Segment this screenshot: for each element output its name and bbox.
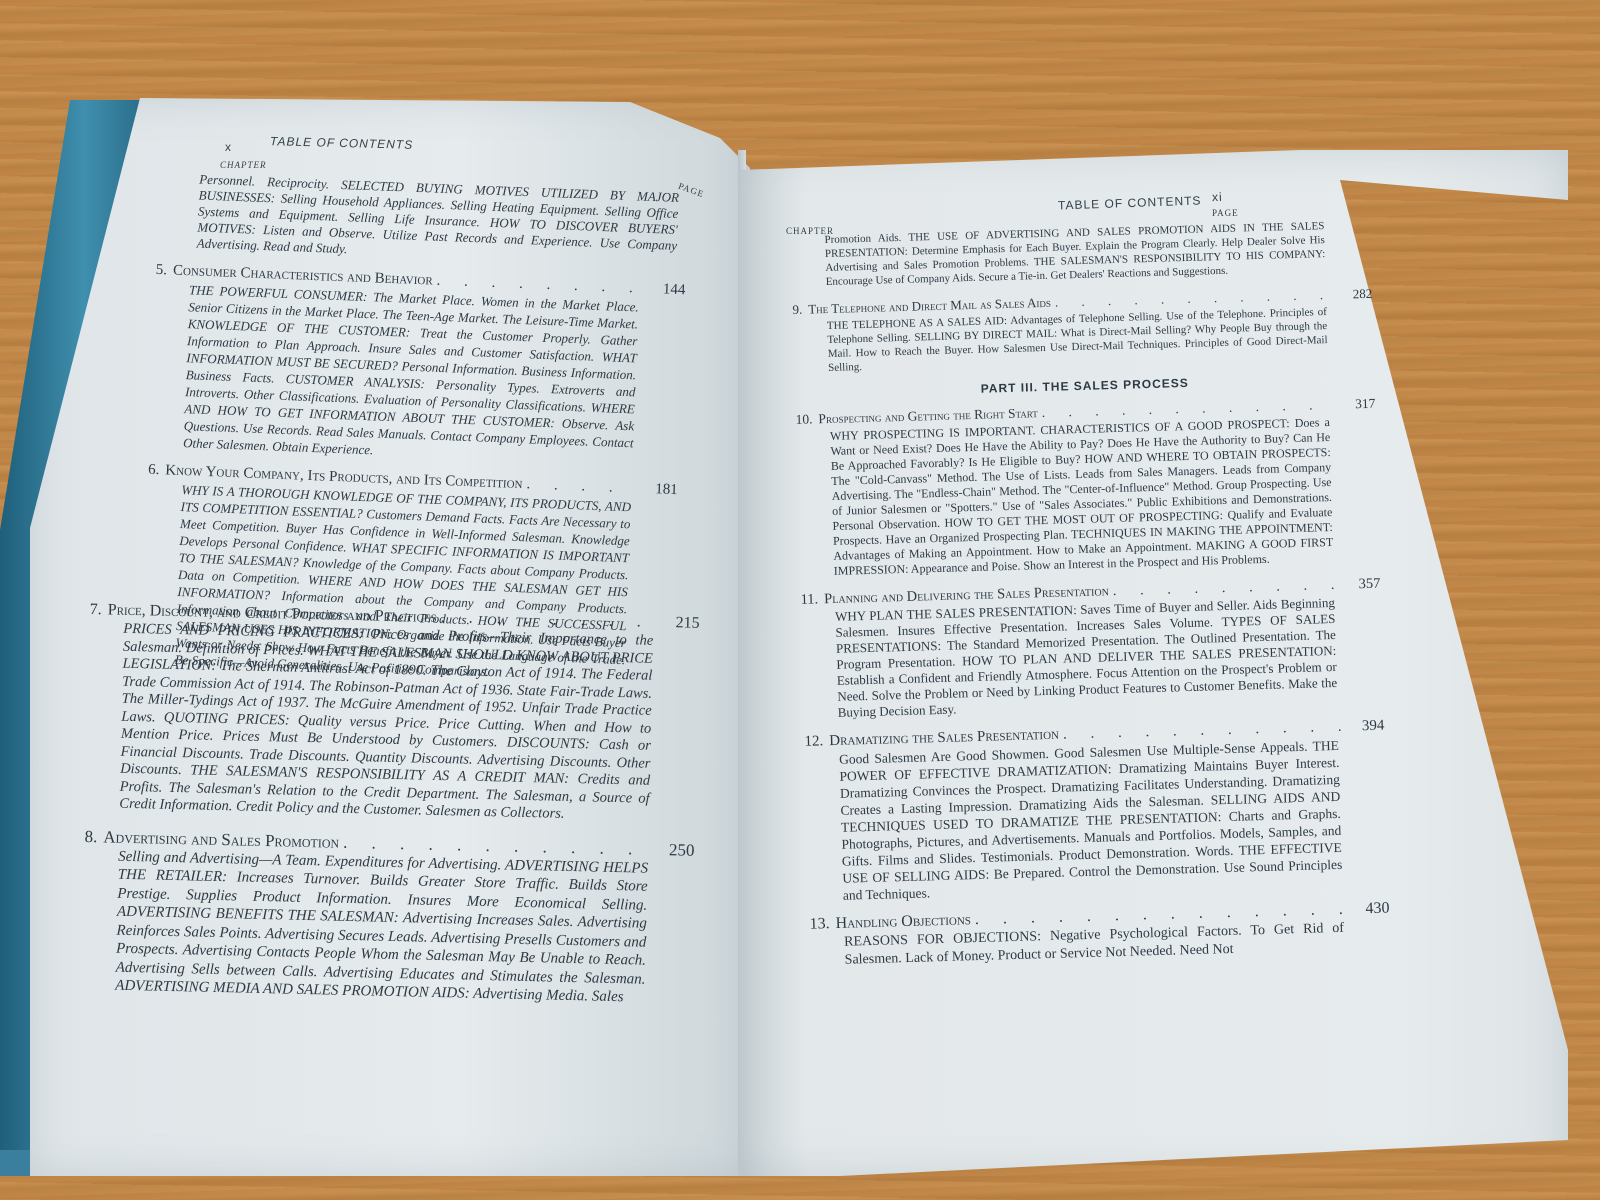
- toc-entry-10: 10. Prospecting and Getting the Right St…: [795, 394, 1380, 580]
- page-number: 394: [1344, 716, 1385, 737]
- page-number: 357: [1340, 574, 1381, 595]
- chapter-number: 10.: [795, 409, 812, 429]
- continuation-text: Promotion Aids. THE USE OF ADVERTISING A…: [790, 218, 1371, 290]
- toc-entry-5: 5. Consumer Characteristics and Behavior…: [149, 260, 686, 470]
- toc-entry-13: 13. Handling Objections . . . . . . . . …: [809, 899, 1390, 971]
- toc-entry-8: 8. Advertising and Sales Promotion . . .…: [81, 826, 695, 1008]
- chapter-summary: WHY PLAN THE SALES PRESENTATION: Saves T…: [801, 594, 1384, 722]
- chapter-summary: PRICES AND PRICING PRACTICES: Prices and…: [85, 620, 699, 826]
- left-page-number: x: [225, 140, 232, 154]
- chapter-summary: THE POWERFUL CONSUMER: The Market Place.…: [149, 280, 685, 470]
- chapter-number: 6.: [148, 460, 160, 480]
- right-page-number: xi: [1212, 190, 1223, 204]
- toc-entry-9: 9. The Telephone and Direct Mail as Sale…: [792, 284, 1374, 376]
- page-number: 215: [659, 613, 699, 634]
- page-number: 144: [645, 279, 686, 301]
- continuation-text: Personnel. Reciprocity. SELECTED BUYING …: [157, 170, 690, 270]
- page-number: 430: [1349, 899, 1390, 920]
- left-toc-column-lower: 7. Price, Discount, and Credit Policies …: [81, 600, 700, 1018]
- chapter-summary: Selling and Advertising—A Team. Expendit…: [81, 846, 694, 1008]
- page-number: 317: [1335, 394, 1376, 415]
- page-number: 282: [1332, 284, 1373, 305]
- page-number: 181: [637, 479, 678, 501]
- toc-entry-12: 12. Dramatizing the Sales Presentation .…: [804, 716, 1389, 905]
- chapter-summary: Good Salesmen Are Good Showmen. Good Sal…: [805, 736, 1389, 905]
- chapter-number: 11.: [800, 589, 818, 609]
- chapter-number: 7.: [90, 600, 102, 620]
- chapter-number: 9.: [792, 300, 802, 320]
- right-toc-column: Promotion Aids. THE USE OF ADVERTISING A…: [790, 204, 1391, 981]
- chapter-number: 5.: [155, 260, 167, 280]
- chapter-number: 13.: [809, 914, 830, 935]
- chapter-number: 8.: [84, 826, 97, 846]
- chapter-summary: WHY PROSPECTING IS IMPORTANT. CHARACTERI…: [796, 414, 1380, 580]
- toc-entry-11: 11. Planning and Delivering the Sales Pr…: [800, 574, 1383, 722]
- toc-entry-7: 7. Price, Discount, and Credit Policies …: [85, 600, 700, 826]
- page-number: 250: [654, 839, 694, 860]
- chapter-number: 12.: [804, 731, 823, 752]
